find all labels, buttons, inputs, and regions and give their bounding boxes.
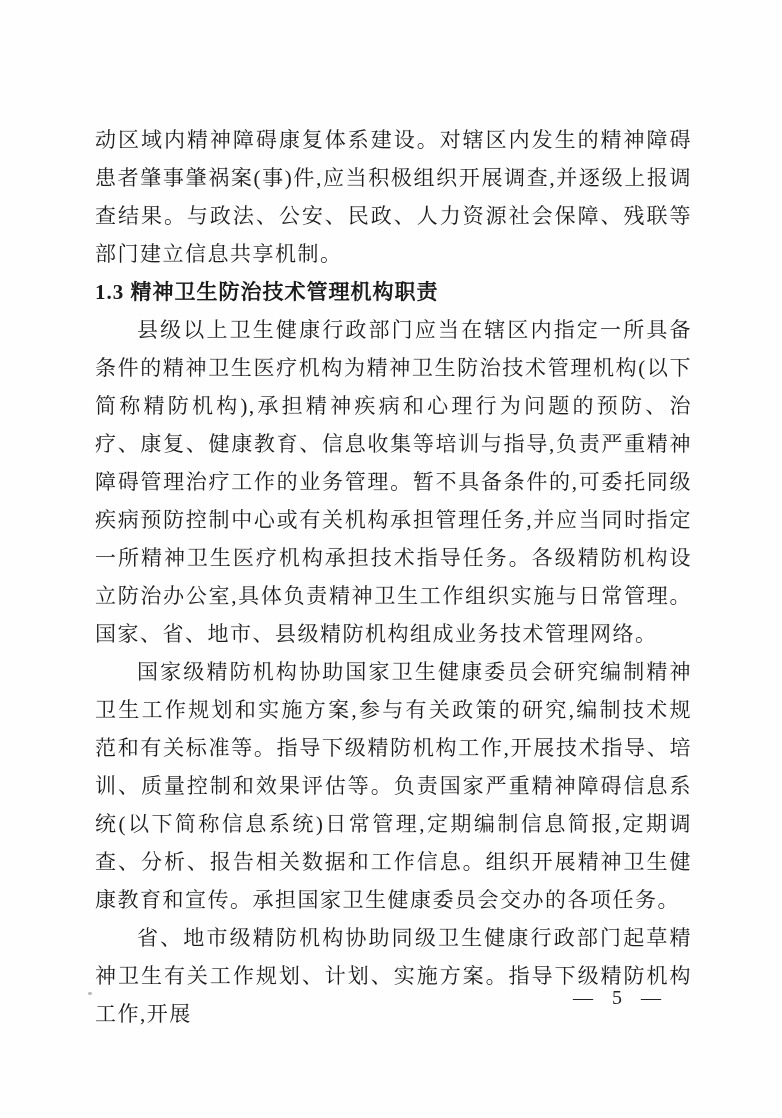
document-page: 动区域内精神障碍康复体系建设。对辖区内发生的精神障碍患者肇事肇祸案(事)件,应当… — [0, 0, 782, 1118]
page-content: 动区域内精神障碍康复体系建设。对辖区内发生的精神障碍患者肇事肇祸案(事)件,应当… — [95, 121, 692, 1033]
scan-artifact-speck — [88, 992, 92, 995]
paragraph-province-city-level-duties: 省、地市级精防机构协助同级卫生健康行政部门起草精神卫生有关工作规划、计划、实施方… — [95, 919, 692, 1033]
paragraph-continued-from-previous-page: 动区域内精神障碍康复体系建设。对辖区内发生的精神障碍患者肇事肇祸案(事)件,应当… — [95, 121, 692, 273]
page-number: — 5 — — [573, 987, 668, 1009]
paragraph-national-level-duties: 国家级精防机构协助国家卫生健康委员会研究编制精神卫生工作规划和实施方案,参与有关… — [95, 653, 692, 919]
paragraph-county-level-duties: 县级以上卫生健康行政部门应当在辖区内指定一所具备条件的精神卫生医疗机构为精神卫生… — [95, 311, 692, 653]
section-heading-1-3: 1.3 精神卫生防治技术管理机构职责 — [95, 273, 692, 311]
page-footer: — 5 — — [573, 986, 668, 1010]
